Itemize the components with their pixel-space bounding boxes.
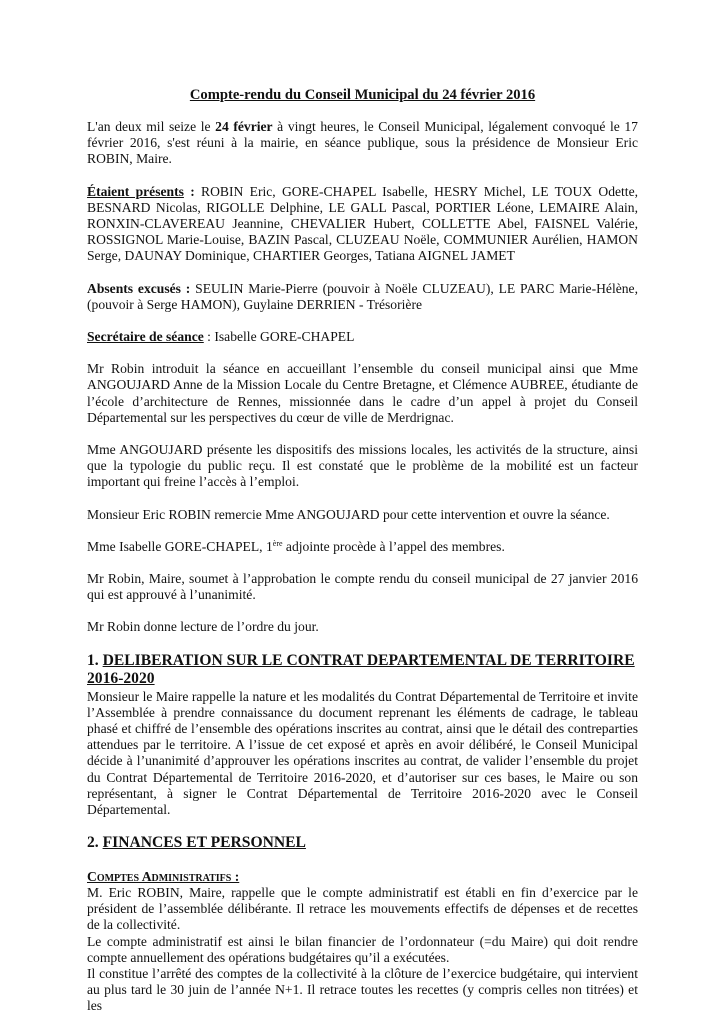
section-2-line-3: Il constitue l’arrêté des comptes de la … [87, 966, 638, 1015]
document-title: Compte-rendu du Conseil Municipal du 24 … [87, 87, 638, 104]
presents-paragraph: Étaient présents : ROBIN Eric, GORE-CHAP… [87, 184, 638, 265]
paragraph-approbation: Mr Robin, Maire, soumet à l’approbation … [87, 571, 638, 603]
absents-label: Absents excusés : [87, 281, 190, 296]
presents-separator: : [184, 184, 201, 199]
section-1-title: DELIBERATION SUR LE CONTRAT DEPARTEMENTA… [87, 652, 635, 688]
paragraph-ordre-du-jour: Mr Robin donne lecture de l’ordre du jou… [87, 619, 638, 635]
section-2-line-2: Le compte administratif est ainsi le bil… [87, 934, 638, 966]
section-1-heading: 1. DELIBERATION SUR LE CONTRAT DEPARTEME… [87, 652, 638, 689]
comptes-administratifs-subheading: Comptes Administratifs : [87, 869, 638, 885]
presents-label: Étaient présents [87, 184, 184, 199]
secretaire-paragraph: Secrétaire de séance : Isabelle GORE-CHA… [87, 329, 638, 345]
section-2-number: 2. [87, 834, 103, 851]
appel-text-end: adjointe procède à l’appel des membres. [283, 539, 505, 554]
intro-text-start: L'an deux mil seize le [87, 119, 215, 134]
section-2-title: FINANCES ET PERSONNEL [103, 834, 306, 851]
intro-paragraph: L'an deux mil seize le 24 février à ving… [87, 119, 638, 168]
absents-paragraph: Absents excusés : SEULIN Marie-Pierre (p… [87, 281, 638, 313]
paragraph-mission-locale: Mme ANGOUJARD présente les dispositifs d… [87, 442, 638, 491]
paragraph-ouverture: Monsieur Eric ROBIN remercie Mme ANGOUJA… [87, 507, 638, 523]
section-1-number: 1. [87, 652, 103, 669]
meeting-date: 24 février [215, 119, 272, 134]
ordinal-superscript: ère [273, 539, 283, 548]
section-1-body: Monsieur le Maire rappelle la nature et … [87, 689, 638, 819]
paragraph-appel: Mme Isabelle GORE-CHAPEL, 1ère adjointe … [87, 539, 638, 555]
document-page: Compte-rendu du Conseil Municipal du 24 … [87, 87, 638, 1015]
paragraph-introduction: Mr Robin introduit la séance en accueill… [87, 361, 638, 426]
appel-text-start: Mme Isabelle GORE-CHAPEL, 1 [87, 539, 273, 554]
secretaire-name: : Isabelle GORE-CHAPEL [204, 329, 355, 344]
section-2-heading: 2. FINANCES ET PERSONNEL [87, 834, 638, 853]
secretaire-label: Secrétaire de séance [87, 329, 204, 344]
section-2-line-1: M. Eric ROBIN, Maire, rappelle que le co… [87, 885, 638, 934]
